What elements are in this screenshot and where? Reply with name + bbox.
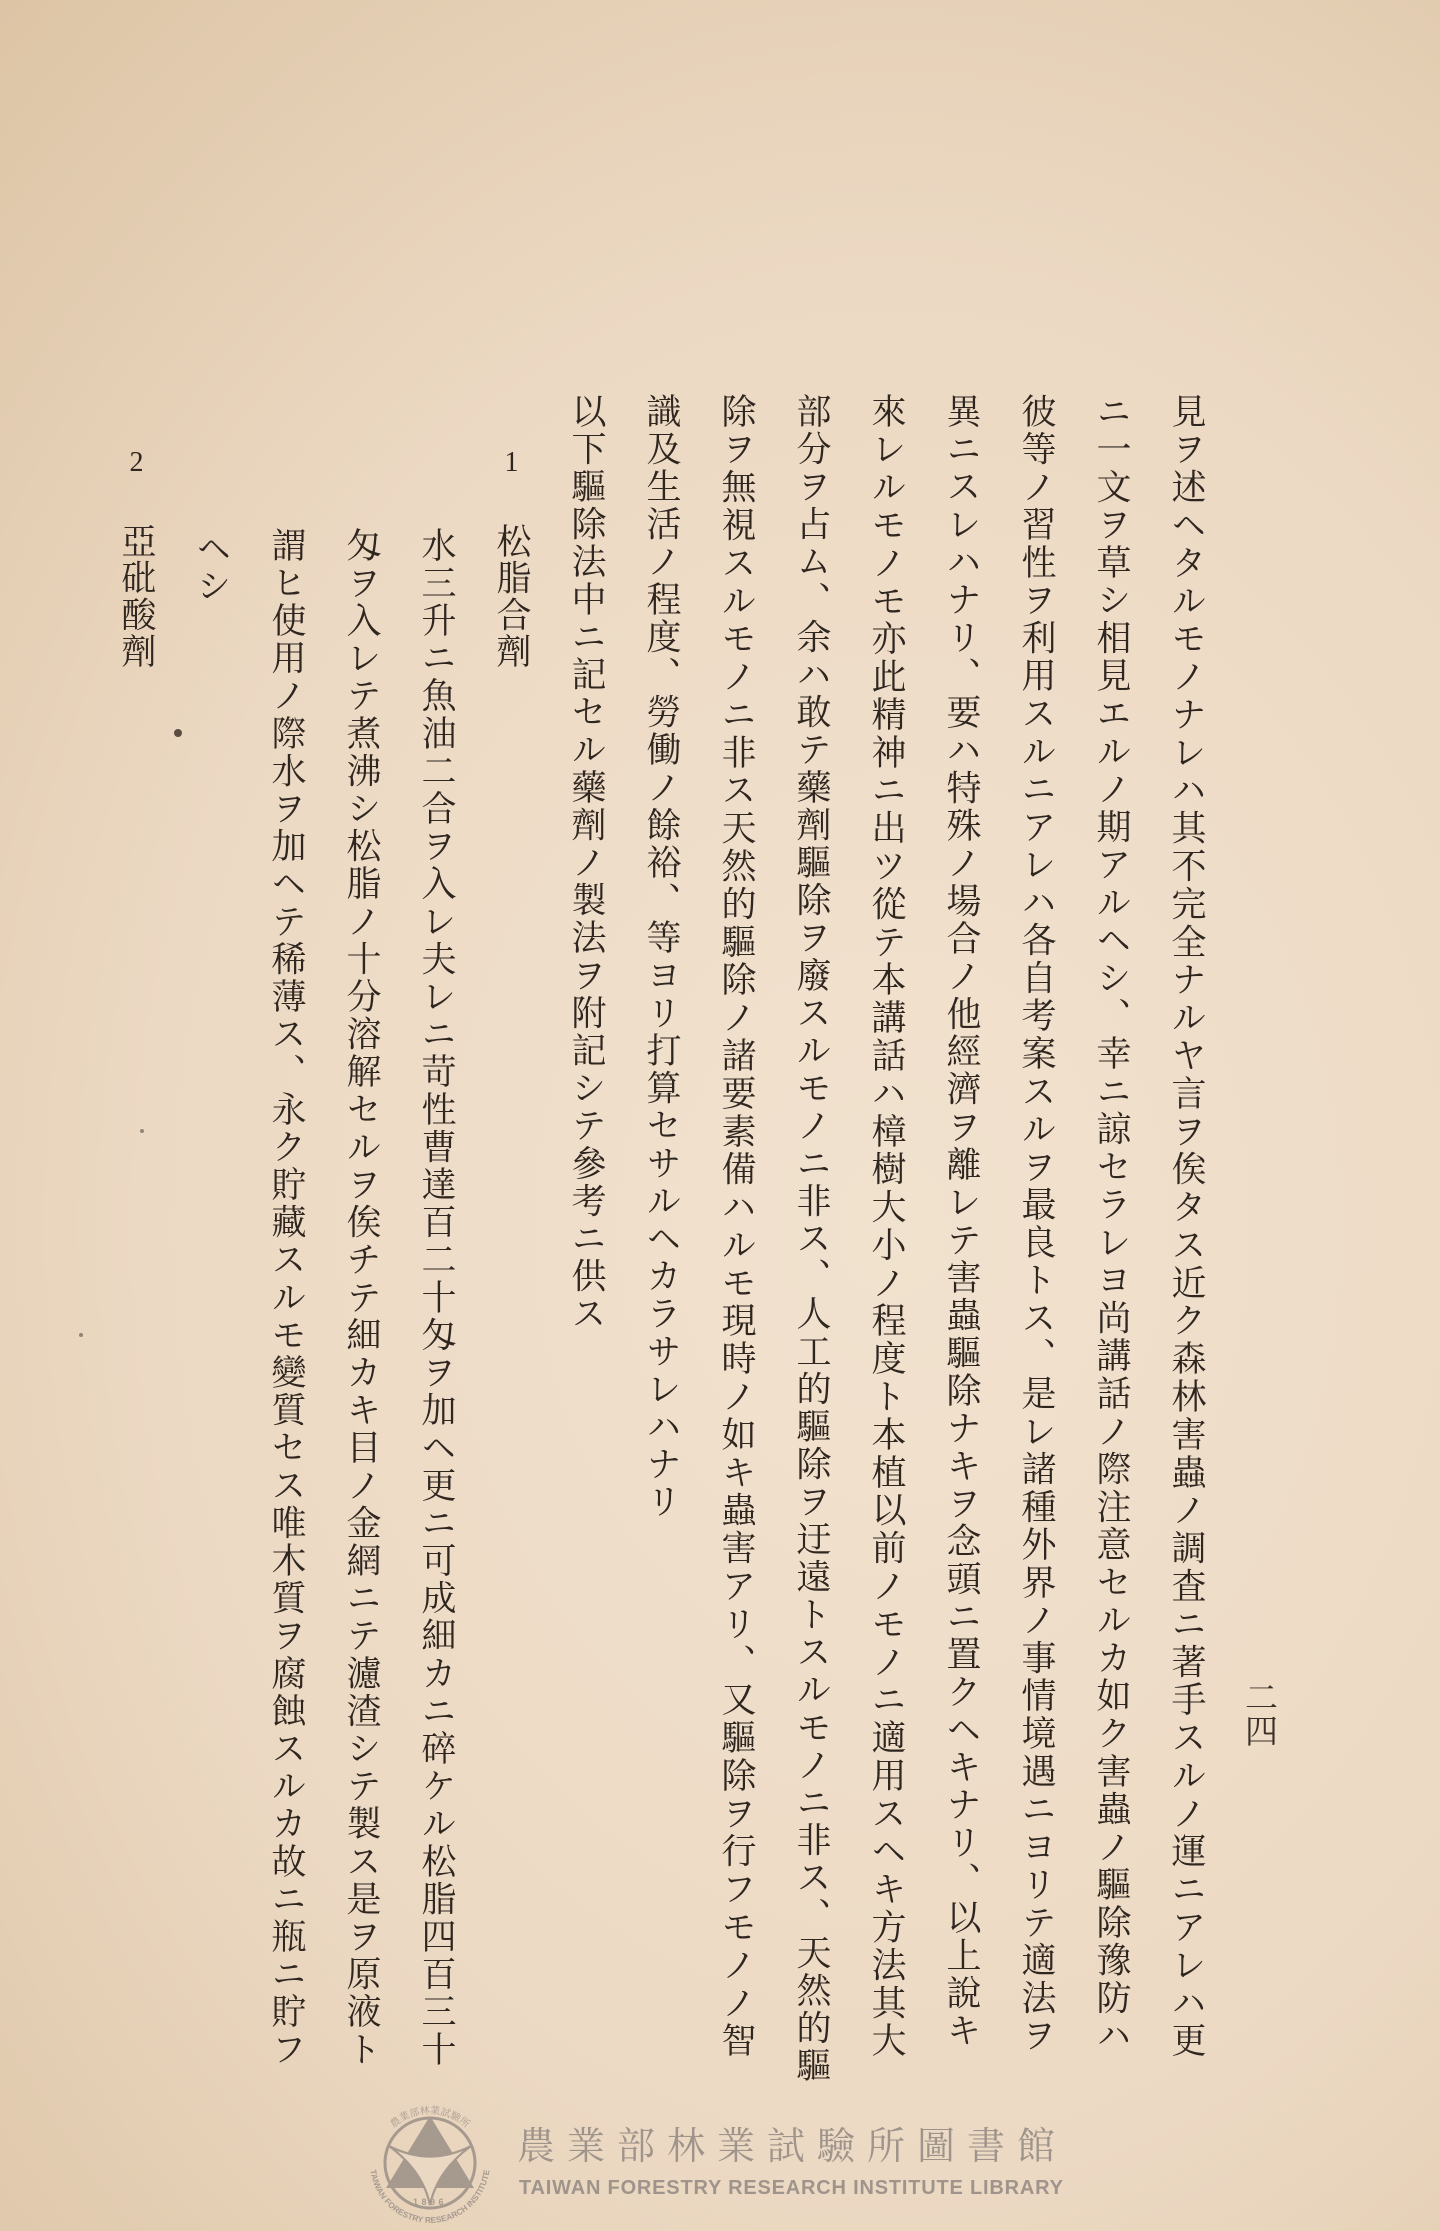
text-column: 謂ヒ使用ノ際水ヲ加ヘテ稀薄ス、永ク貯藏スルモ變質セス唯木質ヲ腐蝕スルカ故ニ瓶ニ貯… (266, 527, 306, 2015)
library-name-english: TAIWAN FORESTRY RESEARCH INSTITUTE LIBRA… (519, 2178, 1064, 2198)
text-column: 水三升ニ魚油二合ヲ入レ夫レニ苛性曹達百二十匁ヲ加ヘ更ニ可成細カニ碎ケル松脂四百三… (416, 527, 456, 2060)
section-number: 1 (491, 447, 531, 478)
text-column: 除ヲ無視スルモノニ非ス天然的驅除ノ諸要素備ハルモ現時ノ如キ蟲害アリ、又驅除ヲ行フ… (716, 393, 756, 2060)
seal-year: 1896 (413, 2197, 447, 2207)
text-column: 異ニスレハナリ、要ハ特殊ノ場合ノ他經濟ヲ離レテ害蟲驅除ナキヲ念頭ニ置クヘキナリ、… (941, 393, 981, 2050)
scanned-page: 二四 見ヲ述ヘタルモノナレハ其不完全ナルヤ言ヲ俟タス近ク森林害蟲ノ調査ニ著手スル… (0, 0, 1440, 2231)
text-column: 識及生活ノ程度、勞働ノ餘裕、等ヨリ打算セサルヘカラサレハナリ (641, 393, 681, 1521)
library-name-chinese: 農業部林業試驗所圖書館 (517, 2127, 1067, 2165)
page-number: 二四 (1241, 1680, 1277, 1748)
forestry-institute-seal-icon: 農業部林業試驗所 TAIWAN FORESTRY RESEARCH INSTIT… (365, 2085, 495, 2231)
text-column: 以下驅除法中ニ記セル藥劑ノ製法ヲ附記シテ參考ニ供ス (566, 393, 606, 1333)
text-column: ヘシ (191, 530, 231, 605)
ink-speck (79, 1333, 83, 1337)
section-title: 松脂合劑 (491, 523, 531, 670)
text-column: 匁ヲ入レテ煮沸シ松脂ノ十分溶解セルヲ俟チテ細カキ目ノ金網ニテ濾渣シテ製ス是ヲ原液… (341, 527, 381, 2025)
text-column: 見ヲ述ヘタルモノナレハ其不完全ナルヤ言ヲ俟タス近ク森林害蟲ノ調査ニ著手スルノ運ニ… (1166, 393, 1206, 2060)
text-column: 來レルモノモ亦此精神ニ出ツ從テ本講話ハ樟樹大小ノ程度ト本植以前ノモノニ適用スヘキ… (866, 393, 906, 2060)
text-column: 彼等ノ習性ヲ利用スルニアレハ各自考案スルヲ最良トス、是レ諸種外界ノ事情境遇ニヨリ… (1016, 393, 1056, 2055)
text-column: 部分ヲ占ム、余ハ敢テ藥劑驅除ヲ廢スルモノニ非ス、人工的驅除ヲ迂遠トスルモノニ非ス… (791, 393, 831, 2060)
text-column: ニ一文ヲ草シ相見エルノ期アルヘシ、幸ニ諒セラレヨ尚講話ノ際注意セルカ如ク害蟲ノ驅… (1091, 393, 1131, 2055)
ink-speck (140, 1129, 144, 1133)
section-number: 2 (116, 447, 156, 478)
section-title: 亞砒酸劑 (116, 523, 156, 670)
ink-speck (174, 729, 182, 737)
